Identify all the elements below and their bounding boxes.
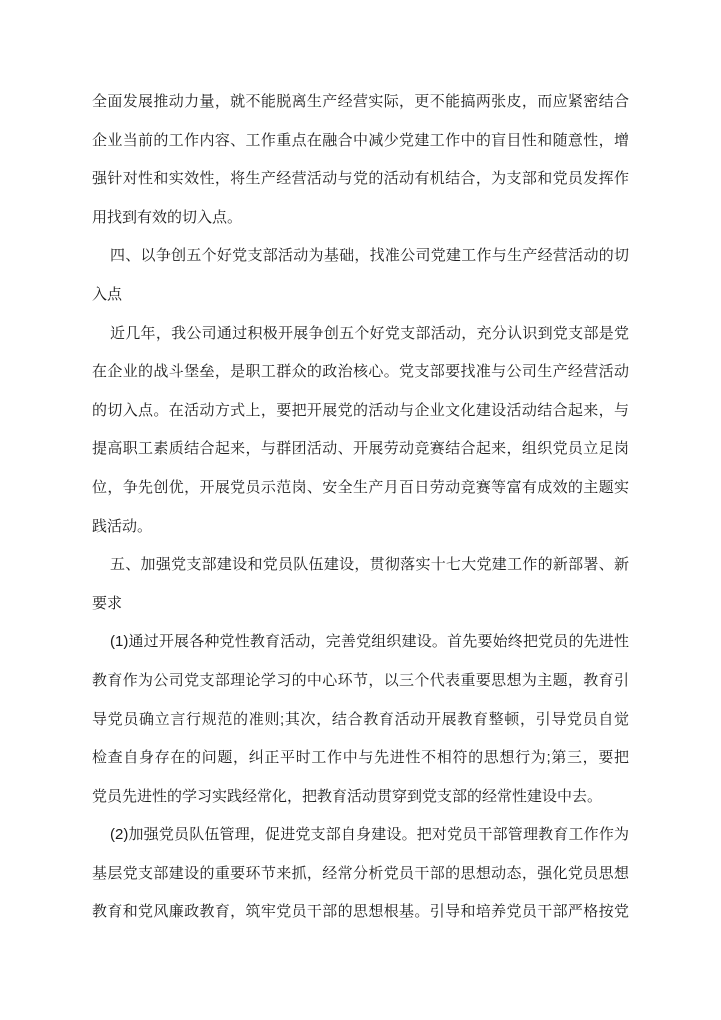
text-line: 四、以争创五个好党支部活动为基础，找准公司党建工作与生产经营活动的切 [92,237,629,276]
text-line: 近几年，我公司通过积极开展争创五个好党支部活动，充分认识到党支部是党 [92,315,629,354]
document-text: 全面发展推动力量，就不能脱离生产经营实际，更不能搞两张皮，而应紧密结合企业当前的… [92,83,629,932]
text-line: 教育和党风廉政教育，筑牢党员干部的思想根基。引导和培养党员干部严格按党 [92,893,629,932]
text-line: 企业当前的工作内容、工作重点在融合中减少党建工作中的盲目性和随意性，增 [92,122,629,161]
text-line: 践活动。 [92,508,629,547]
text-line: 五、加强党支部建设和党员队伍建设，贯彻落实十七大党建工作的新部署、新 [92,546,629,585]
text-line: (1)通过开展各种党性教育活动，完善党组织建设。首先要始终把党员的先进性 [92,623,629,662]
document-page: 全面发展推动力量，就不能脱离生产经营实际，更不能搞两张皮，而应紧密结合企业当前的… [0,0,721,1020]
text-line: 位，争先创优，开展党员示范岗、安全生产月百日劳动竞赛等富有成效的主题实 [92,469,629,508]
paragraph: (2)加强党员队伍管理，促进党支部自身建设。把对党员干部管理教育工作作为基层党支… [92,816,629,932]
paragraph: 四、以争创五个好党支部活动为基础，找准公司党建工作与生产经营活动的切入点 [92,237,629,314]
text-line: 用找到有效的切入点。 [92,199,629,238]
text-line: 入点 [92,276,629,315]
text-line: 全面发展推动力量，就不能脱离生产经营实际，更不能搞两张皮，而应紧密结合 [92,83,629,122]
text-line: 提高职工素质结合起来，与群团活动、开展劳动竞赛结合起来，组织党员立足岗 [92,430,629,469]
text-line: 教育作为公司党支部理论学习的中心环节，以三个代表重要思想为主题，教育引 [92,662,629,701]
paragraph: 全面发展推动力量，就不能脱离生产经营实际，更不能搞两张皮，而应紧密结合企业当前的… [92,83,629,237]
text-line: 导党员确立言行规范的准则;其次，结合教育活动开展教育整顿，引导党员自觉 [92,701,629,740]
text-line: 的切入点。在活动方式上，要把开展党的活动与企业文化建设活动结合起来，与 [92,392,629,431]
text-line: (2)加强党员队伍管理，促进党支部自身建设。把对党员干部管理教育工作作为 [92,816,629,855]
paragraph: 近几年，我公司通过积极开展争创五个好党支部活动，充分认识到党支部是党在企业的战斗… [92,315,629,547]
text-line: 强针对性和实效性，将生产经营活动与党的活动有机结合，为支部和党员发挥作 [92,160,629,199]
text-line: 党员先进性的学习实践经常化，把教育活动贯穿到党支部的经常性建设中去。 [92,778,629,817]
text-line: 检查自身存在的问题，纠正平时工作中与先进性不相符的思想行为;第三，要把 [92,739,629,778]
text-line: 基层党支部建设的重要环节来抓，经常分析党员干部的思想动态，强化党员思想 [92,855,629,894]
paragraph: (1)通过开展各种党性教育活动，完善党组织建设。首先要始终把党员的先进性教育作为… [92,623,629,816]
text-line: 在企业的战斗堡垒，是职工群众的政治核心。党支部要找准与公司生产经营活动 [92,353,629,392]
text-line: 要求 [92,585,629,624]
paragraph: 五、加强党支部建设和党员队伍建设，贯彻落实十七大党建工作的新部署、新要求 [92,546,629,623]
